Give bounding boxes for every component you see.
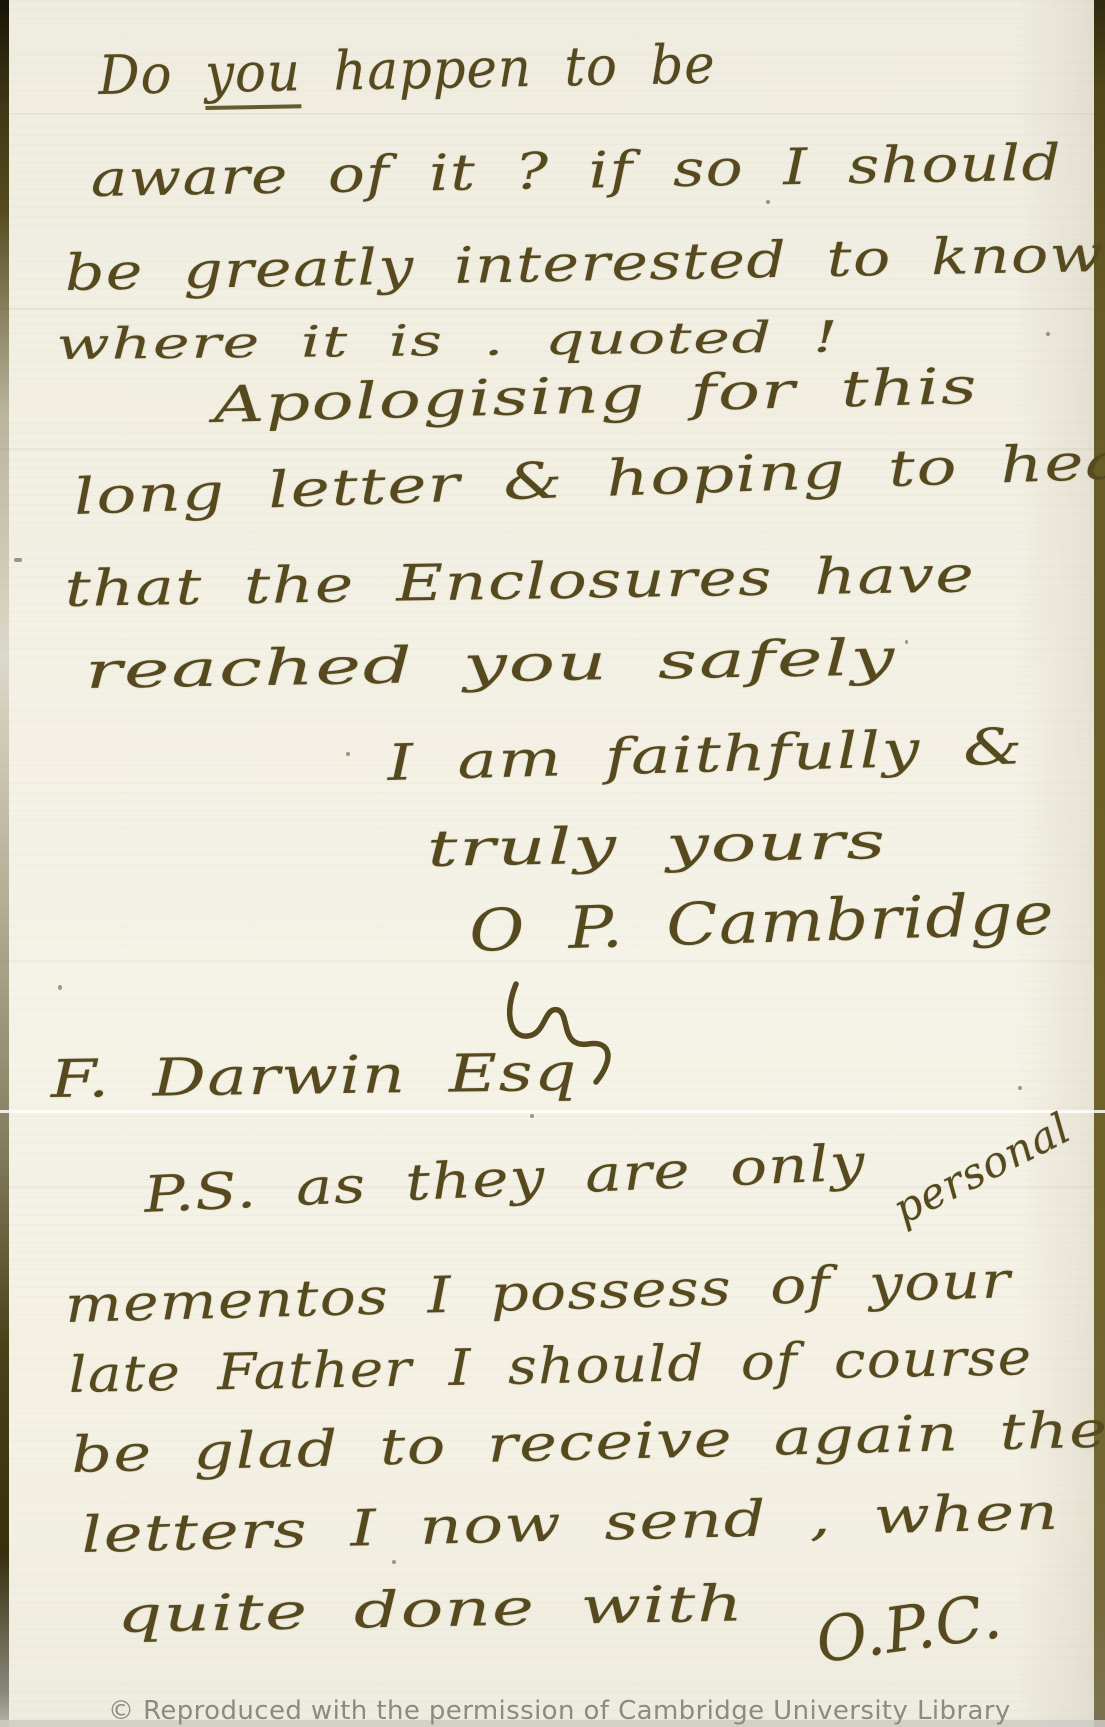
ink-speck — [766, 200, 770, 204]
letter-line-1: Do you happen to be — [98, 35, 716, 106]
ink-speck — [530, 1114, 534, 1118]
copyright-caption: © Reproduced with the permission of Camb… — [108, 1696, 1011, 1726]
letter-scan-page: Do you happen to be aware of it ? if so … — [0, 0, 1105, 1727]
postscript-line-2: mementos I possess of your — [64, 1253, 1012, 1333]
valediction-line-2: truly yours — [426, 814, 888, 877]
letter-line-6: long letter & hoping to hear — [72, 433, 1105, 525]
postscript-line-5: letters I now send , when — [80, 1485, 1060, 1563]
ink-speck — [1046, 332, 1050, 336]
scan-edge-left — [0, 0, 9, 1727]
letter-line-3: be greatly interested to know = — [64, 225, 1105, 301]
postscript-word-personal: personal — [886, 1105, 1078, 1233]
postscript-line-1: P.S. as they are only — [142, 1135, 868, 1223]
valediction-line-1: I am faithfully & — [386, 719, 1025, 791]
letter-line-8: reached you safely — [84, 630, 897, 699]
postscript-line-3: late Father I should of course — [68, 1330, 1033, 1403]
paper-crease — [0, 1110, 1105, 1113]
ink-speck — [346, 752, 350, 756]
line1-text-pre: Do — [98, 42, 206, 107]
ink-speck — [58, 985, 62, 990]
signature-name: O P. Cambridge — [468, 882, 1056, 963]
postscript-line-6: quite done with — [116, 1576, 745, 1643]
paper-crease — [0, 113, 1105, 115]
ink-speck — [392, 1560, 396, 1564]
ink-speck — [14, 558, 22, 562]
underlined-word-you: you — [205, 40, 302, 110]
signature-flourish — [500, 978, 660, 1093]
letter-line-5: Apologising for this — [212, 359, 979, 433]
postscript-line-4: be glad to receive again the — [70, 1403, 1105, 1483]
ink-speck — [1018, 1086, 1022, 1090]
signature-initials: O.P.C. — [812, 1582, 1006, 1676]
letter-line-4: where it is . quoted ! — [56, 314, 840, 369]
letter-line-2: aware of it ? if so I should — [90, 135, 1063, 207]
ink-speck — [905, 640, 908, 644]
letter-line-7: that the Enclosures have — [64, 547, 976, 617]
paper-crease — [0, 308, 1105, 310]
line1-text-post: happen to be — [300, 33, 716, 104]
